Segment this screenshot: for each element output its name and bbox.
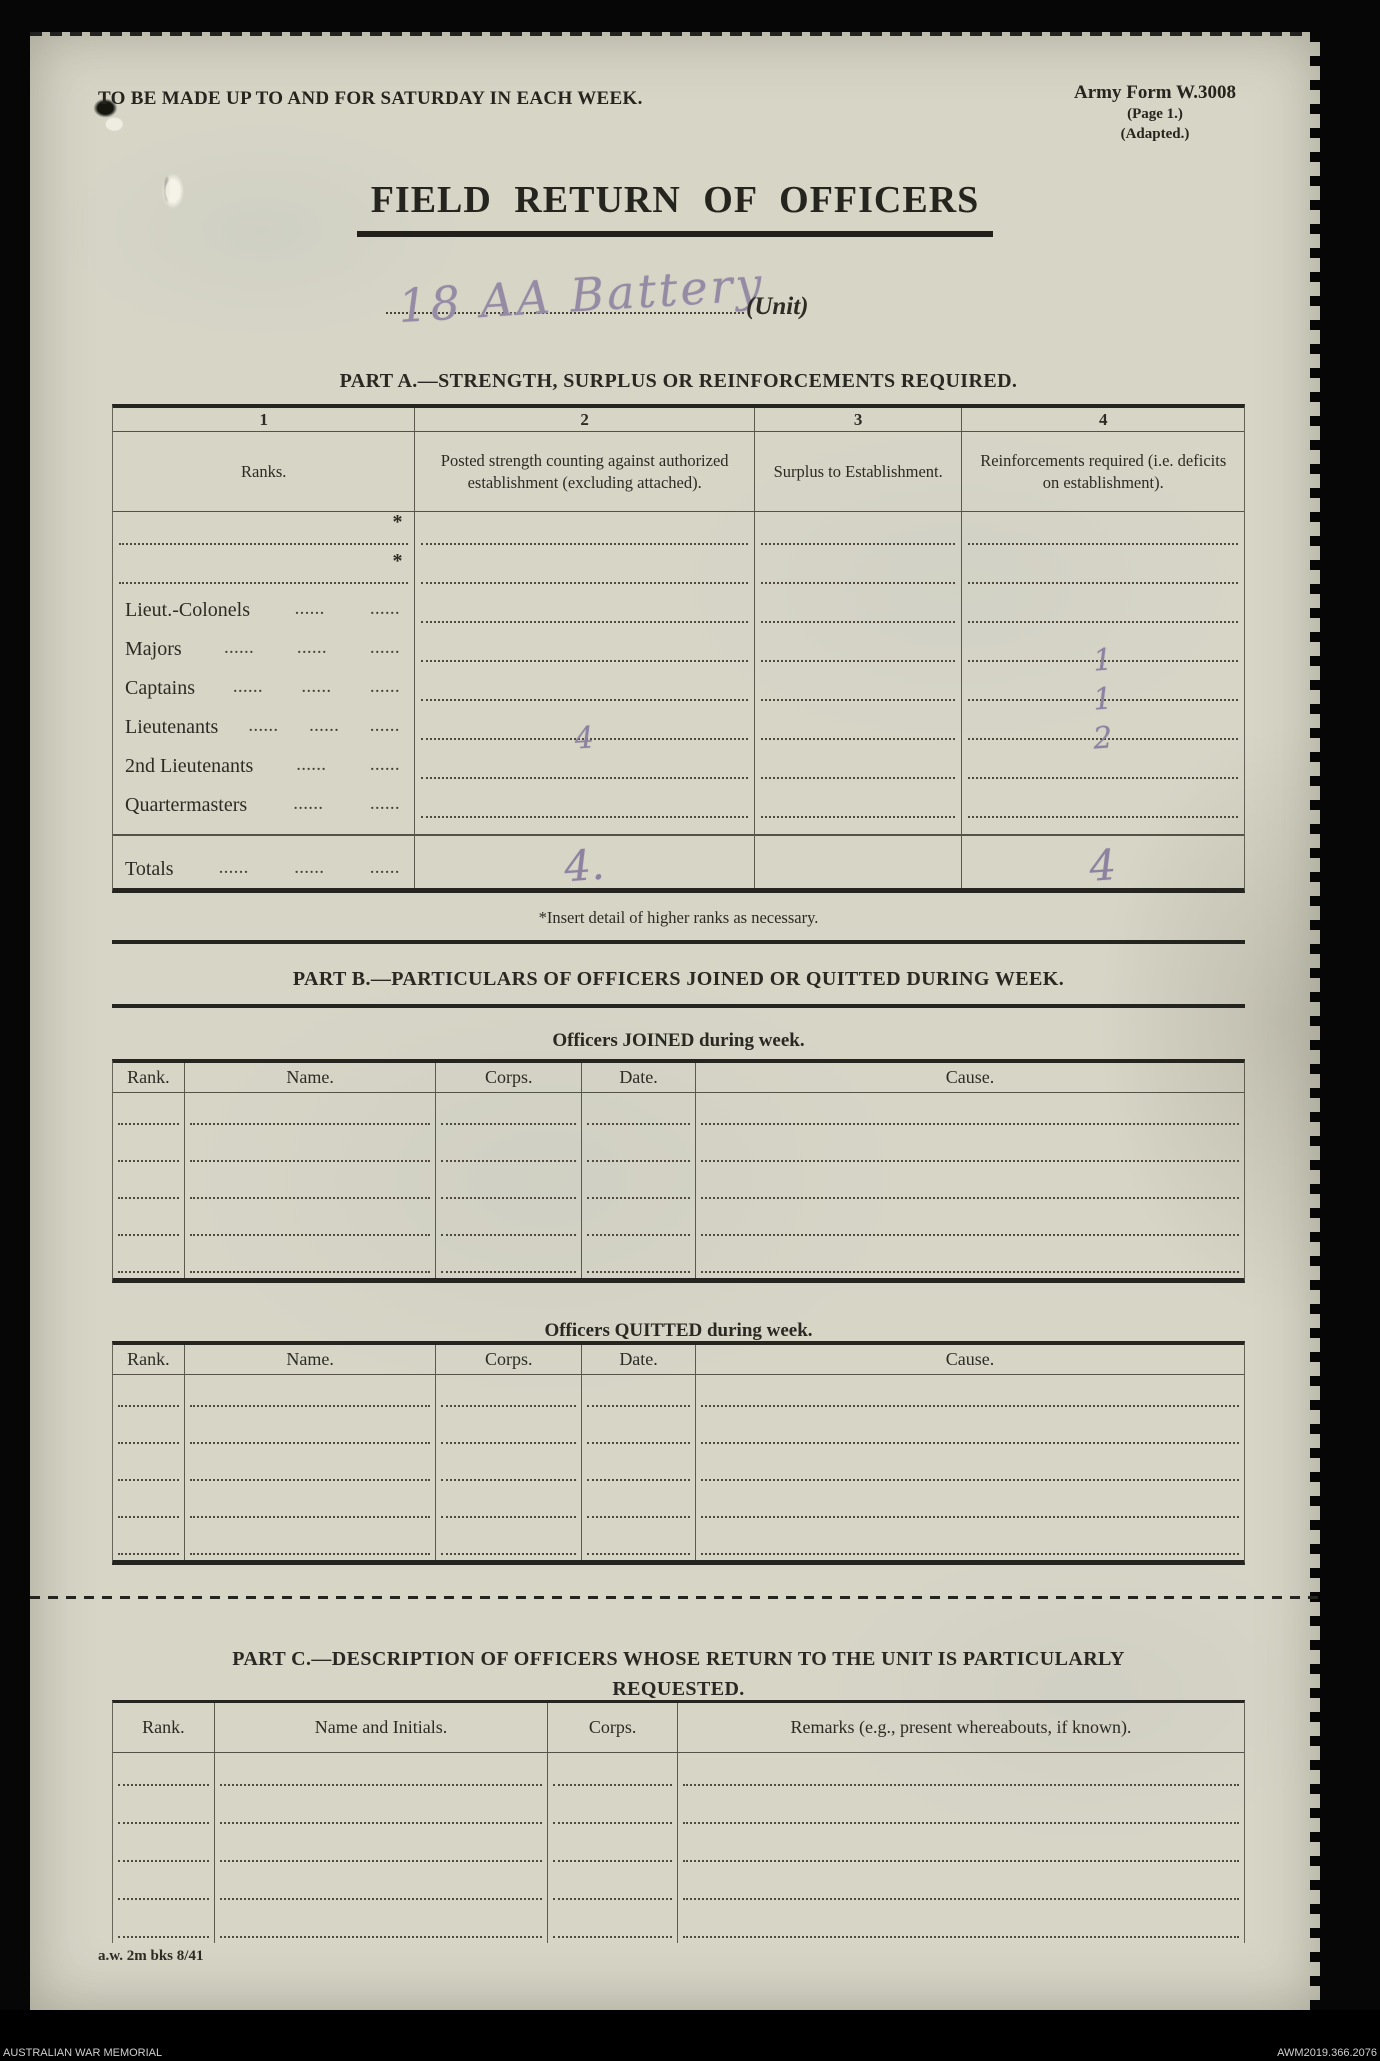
write-in-cell xyxy=(436,1204,582,1241)
part-c-body xyxy=(113,1753,1244,1943)
column-header: Surplus to Establishment. xyxy=(755,432,963,512)
column-header: Cause. xyxy=(696,1345,1244,1375)
value-cell xyxy=(755,785,963,824)
write-in-cell xyxy=(436,1523,582,1560)
write-in-cell xyxy=(185,1412,437,1449)
unit-entry: 18 AA Battery (Unit) xyxy=(386,276,809,314)
write-in-cell xyxy=(696,1375,1244,1412)
printer-imprint: a.w. 2m bks 8/41 xyxy=(98,1948,203,1965)
part-c-table: Rank.Name and Initials.Corps.Remarks (e.… xyxy=(112,1700,1245,1943)
table-row: * xyxy=(113,551,1244,590)
write-in-cell xyxy=(215,1905,548,1943)
separator-cell xyxy=(755,824,963,836)
rank-cell: Quartermasters............ xyxy=(113,785,415,824)
leader-dots: ...... xyxy=(297,759,327,775)
leader-dots: ...... xyxy=(233,681,263,697)
value-cell xyxy=(755,746,963,785)
rank-cell: * xyxy=(113,512,415,551)
write-in-cell xyxy=(185,1130,437,1167)
value-cell: 4. xyxy=(415,836,754,888)
leader-dots: ...... xyxy=(310,720,340,736)
write-in-cell xyxy=(215,1867,548,1905)
rank-cell: 2nd Lieutenants............ xyxy=(113,746,415,785)
value-cell xyxy=(415,512,754,551)
write-in-cell xyxy=(185,1486,437,1523)
write-in-cell xyxy=(436,1375,582,1412)
write-in-cell xyxy=(113,1130,185,1167)
column-number: 4 xyxy=(962,408,1244,432)
part-a-column-numbers: 1234 xyxy=(113,408,1244,432)
write-in-cell xyxy=(436,1130,582,1167)
empty-table-row xyxy=(113,1412,1244,1449)
handwritten-value: 4. xyxy=(414,829,755,901)
value-cell xyxy=(962,512,1244,551)
part-c-heading-line1: PART C.—DESCRIPTION OF OFFICERS WHOSE RE… xyxy=(112,1644,1245,1674)
empty-table-row xyxy=(113,1449,1244,1486)
column-number: 2 xyxy=(415,408,754,432)
write-in-cell xyxy=(113,1241,185,1278)
leader-dots: ...... xyxy=(370,862,400,878)
write-in-cell xyxy=(548,1867,678,1905)
write-in-cell xyxy=(548,1829,678,1867)
scanned-form-page: TO BE MADE UP TO AND FOR SATURDAY IN EAC… xyxy=(30,32,1320,2010)
part-a-column-headers: Ranks.Posted strength counting against a… xyxy=(113,432,1244,512)
form-title: FIELD RETURN OF OFFICERS xyxy=(357,178,994,237)
write-in-cell xyxy=(548,1791,678,1829)
value-cell: 4 xyxy=(415,707,754,746)
rank-cell: Lieutenants.................. xyxy=(113,707,415,746)
write-in-cell xyxy=(185,1449,437,1486)
form-page-note: (Page 1.) xyxy=(1045,104,1265,124)
value-cell xyxy=(755,512,963,551)
write-in-cell xyxy=(678,1867,1244,1905)
write-in-cell xyxy=(185,1204,437,1241)
table-row: Lieut.-Colonels............ xyxy=(113,590,1244,629)
empty-table-row xyxy=(113,1829,1244,1867)
value-cell xyxy=(415,551,754,590)
tear-off-dashed-line xyxy=(30,1596,1320,1599)
write-in-cell xyxy=(582,1130,696,1167)
empty-table-row xyxy=(113,1167,1244,1204)
write-in-cell xyxy=(678,1791,1244,1829)
part-c-heading: PART C.—DESCRIPTION OF OFFICERS WHOSE RE… xyxy=(112,1644,1245,1704)
write-in-cell xyxy=(582,1449,696,1486)
write-in-cell xyxy=(696,1486,1244,1523)
column-header: Corps. xyxy=(436,1063,582,1093)
write-in-cell xyxy=(696,1204,1244,1241)
rank-label: Captains xyxy=(125,677,195,700)
write-in-cell xyxy=(696,1167,1244,1204)
write-in-cell xyxy=(113,1791,215,1829)
empty-table-row xyxy=(113,1375,1244,1412)
write-in-cell xyxy=(582,1375,696,1412)
torn-right-edge xyxy=(1310,32,1322,2010)
table-row: Quartermasters............ xyxy=(113,785,1244,824)
leader-dots: ...... xyxy=(370,720,400,736)
leader-dots: ...... xyxy=(249,720,279,736)
joined-body xyxy=(113,1093,1244,1278)
write-in-cell xyxy=(113,1167,185,1204)
write-in-cell xyxy=(185,1167,437,1204)
value-cell xyxy=(755,668,963,707)
unit-write-line: 18 AA Battery xyxy=(386,276,744,314)
value-cell xyxy=(755,551,963,590)
empty-table-row xyxy=(113,1486,1244,1523)
handwritten-unit-name: 18 AA Battery xyxy=(397,257,766,333)
write-in-cell xyxy=(696,1241,1244,1278)
leader-dots: ...... xyxy=(370,642,400,658)
leader-dots: ...... xyxy=(219,862,249,878)
write-in-cell xyxy=(582,1204,696,1241)
part-b-heading: PART B.—PARTICULARS OF OFFICERS JOINED O… xyxy=(112,968,1245,991)
leader-dots: ...... xyxy=(370,759,400,775)
joined-table-title: Officers JOINED during week. xyxy=(112,1030,1245,1052)
value-cell xyxy=(962,551,1244,590)
write-in-cell xyxy=(215,1753,548,1791)
empty-table-row xyxy=(113,1130,1244,1167)
column-header: Ranks. xyxy=(113,432,415,512)
column-number: 1 xyxy=(113,408,415,432)
column-header: Posted strength counting against authori… xyxy=(415,432,754,512)
rank-label: Totals xyxy=(125,858,174,881)
write-in-cell xyxy=(113,1412,185,1449)
column-header: Rank. xyxy=(113,1703,215,1753)
rank-label: 2nd Lieutenants xyxy=(125,755,253,778)
separator-cell xyxy=(113,824,415,836)
rank-label: Lieutenants xyxy=(125,716,218,739)
value-cell: 4 xyxy=(962,836,1244,888)
handwritten-value: 4 xyxy=(961,831,1245,900)
table-row: * xyxy=(113,512,1244,551)
archive-name: AUSTRALIAN WAR MEMORIAL xyxy=(3,2047,162,2059)
rank-cell: Totals.................. xyxy=(113,836,415,888)
write-in-cell xyxy=(436,1449,582,1486)
column-header: Rank. xyxy=(113,1345,185,1375)
leader-dots: ...... xyxy=(298,642,328,658)
write-in-cell xyxy=(582,1523,696,1560)
column-header: Name. xyxy=(185,1345,437,1375)
column-header: Reinforcements required (i.e. deficits o… xyxy=(962,432,1244,512)
form-number: Army Form W.3008 xyxy=(1045,82,1265,104)
rank-label: Quartermasters xyxy=(125,794,247,817)
rank-label: Lieut.-Colonels xyxy=(125,599,250,622)
write-in-cell xyxy=(678,1753,1244,1791)
value-cell xyxy=(755,590,963,629)
officers-quitted-table: Rank.Name.Corps.Date.Cause. xyxy=(112,1341,1245,1565)
write-in-cell xyxy=(215,1791,548,1829)
officers-joined-table: Rank.Name.Corps.Date.Cause. xyxy=(112,1059,1245,1283)
write-in-cell xyxy=(436,1412,582,1449)
empty-table-row xyxy=(113,1093,1244,1130)
write-in-cell xyxy=(548,1905,678,1943)
column-header: Date. xyxy=(582,1063,696,1093)
part-a-table: 1234 Ranks.Posted strength counting agai… xyxy=(112,404,1245,893)
write-in-cell xyxy=(185,1093,437,1130)
quitted-header-row: Rank.Name.Corps.Date.Cause. xyxy=(113,1345,1244,1375)
write-in-cell xyxy=(113,1204,185,1241)
empty-table-row xyxy=(113,1753,1244,1791)
value-cell xyxy=(415,785,754,824)
quitted-table-title: Officers QUITTED during week. xyxy=(112,1320,1245,1342)
write-in-cell xyxy=(678,1905,1244,1943)
write-in-cell xyxy=(113,1375,185,1412)
asterisk-marker: * xyxy=(392,550,402,573)
rank-cell: Majors.................. xyxy=(113,629,415,668)
empty-table-row xyxy=(113,1523,1244,1560)
column-header: Corps. xyxy=(436,1345,582,1375)
part-c-header-row: Rank.Name and Initials.Corps.Remarks (e.… xyxy=(113,1703,1244,1753)
column-header: Rank. xyxy=(113,1063,185,1093)
value-cell xyxy=(755,707,963,746)
rank-label: Majors xyxy=(125,638,182,661)
leader-dots: ...... xyxy=(294,798,324,814)
form-adapted-note: (Adapted.) xyxy=(1045,124,1265,144)
unit-label: (Unit) xyxy=(746,293,809,321)
part-a-body: **Lieut.-Colonels............Majors.....… xyxy=(113,512,1244,888)
section-divider-rule xyxy=(112,1004,1245,1008)
title-row: FIELD RETURN OF OFFICERS xyxy=(30,178,1320,237)
write-in-cell xyxy=(696,1093,1244,1130)
section-divider-rule xyxy=(112,940,1245,944)
leader-dots: ...... xyxy=(370,798,400,814)
column-header: Name. xyxy=(185,1063,437,1093)
empty-table-row xyxy=(113,1791,1244,1829)
write-in-cell xyxy=(436,1167,582,1204)
perforated-top-edge xyxy=(30,30,1320,36)
write-in-cell xyxy=(113,1486,185,1523)
write-in-cell xyxy=(696,1412,1244,1449)
write-in-cell xyxy=(113,1523,185,1560)
rank-cell: Captains.................. xyxy=(113,668,415,707)
quitted-body xyxy=(113,1375,1244,1560)
value-cell xyxy=(962,785,1244,824)
write-in-cell xyxy=(185,1241,437,1278)
write-in-cell xyxy=(678,1829,1244,1867)
column-header: Corps. xyxy=(548,1703,678,1753)
write-in-cell xyxy=(113,1753,215,1791)
write-in-cell xyxy=(696,1449,1244,1486)
form-number-block: Army Form W.3008 (Page 1.) (Adapted.) xyxy=(1045,82,1265,145)
write-in-cell xyxy=(185,1523,437,1560)
write-in-cell xyxy=(582,1093,696,1130)
write-in-cell xyxy=(582,1486,696,1523)
empty-table-row xyxy=(113,1204,1244,1241)
write-in-cell xyxy=(696,1523,1244,1560)
write-in-cell xyxy=(185,1375,437,1412)
column-number: 3 xyxy=(755,408,963,432)
rank-cell: Lieut.-Colonels............ xyxy=(113,590,415,629)
write-in-cell xyxy=(696,1130,1244,1167)
value-cell: 1 xyxy=(962,629,1244,668)
empty-table-row xyxy=(113,1867,1244,1905)
value-cell xyxy=(755,836,963,888)
write-in-cell xyxy=(113,1905,215,1943)
scan-info-bar: AUSTRALIAN WAR MEMORIAL AWM2019.366.2076 xyxy=(0,2010,1380,2061)
rank-cell: * xyxy=(113,551,415,590)
leader-dots: ...... xyxy=(295,862,325,878)
write-in-cell xyxy=(436,1486,582,1523)
empty-table-row xyxy=(113,1905,1244,1943)
column-header: Date. xyxy=(582,1345,696,1375)
column-header: Cause. xyxy=(696,1063,1244,1093)
leader-dots: ...... xyxy=(295,603,325,619)
write-in-cell xyxy=(215,1829,548,1867)
write-in-cell xyxy=(582,1412,696,1449)
value-cell xyxy=(415,629,754,668)
write-in-cell xyxy=(113,1829,215,1867)
empty-table-row xyxy=(113,1241,1244,1278)
part-a-heading: PART A.—STRENGTH, SURPLUS OR REINFORCEME… xyxy=(112,370,1245,393)
write-in-cell xyxy=(113,1449,185,1486)
table-row: Majors..................1 xyxy=(113,629,1244,668)
leader-dots: ...... xyxy=(302,681,332,697)
value-cell xyxy=(415,590,754,629)
part-a-footnote: *Insert detail of higher ranks as necess… xyxy=(112,908,1245,928)
leader-dots: ...... xyxy=(370,603,400,619)
joined-header-row: Rank.Name.Corps.Date.Cause. xyxy=(113,1063,1244,1093)
write-in-cell xyxy=(548,1753,678,1791)
leader-dots: ...... xyxy=(370,681,400,697)
leader-dots: ...... xyxy=(225,642,255,658)
value-cell xyxy=(415,668,754,707)
weekly-instruction-text: TO BE MADE UP TO AND FOR SATURDAY IN EAC… xyxy=(98,88,643,110)
value-cell xyxy=(962,590,1244,629)
column-header: Name and Initials. xyxy=(215,1703,548,1753)
asterisk-marker: * xyxy=(392,511,402,534)
write-in-cell xyxy=(113,1093,185,1130)
write-in-cell xyxy=(113,1867,215,1905)
column-header: Remarks (e.g., present whereabouts, if k… xyxy=(678,1703,1244,1753)
value-cell xyxy=(755,629,963,668)
write-in-cell xyxy=(582,1241,696,1278)
totals-row: Totals..................4.4 xyxy=(113,836,1244,888)
archive-id: AWM2019.366.2076 xyxy=(1277,2047,1377,2059)
write-in-cell xyxy=(436,1241,582,1278)
write-in-cell xyxy=(582,1167,696,1204)
write-in-cell xyxy=(436,1093,582,1130)
